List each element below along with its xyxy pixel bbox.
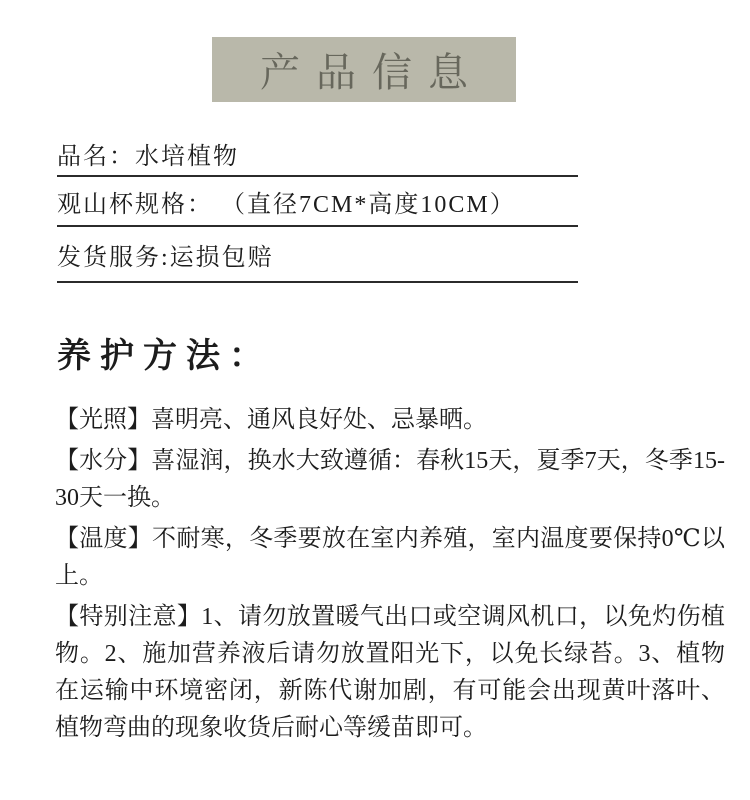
care-paragraph-water: 【水分】喜湿润，换水大致遵循：春秋15天，夏季7天，冬季15-30天一换。 (55, 443, 725, 517)
spec-row-product-name-text: 品名：水培植物 (57, 136, 239, 171)
product-info-title-box: 产品信息 (212, 37, 516, 102)
spec-row-shipping-service-text: 发货服务:运损包赔 (57, 237, 274, 272)
care-instructions: 【光照】喜明亮、通风良好处、忌暴晒。 【水分】喜湿润，换水大致遵循：春秋15天，… (55, 402, 725, 751)
spec-row-product-name: 品名：水培植物 (57, 131, 578, 177)
product-info-page: 产品信息 品名：水培植物 观山杯规格： （直径7CM*高度10CM） 发货服务:… (0, 0, 750, 800)
product-info-title: 产品信息 (244, 41, 484, 98)
spec-row-cup-size-text: 观山杯规格： （直径7CM*高度10CM） (57, 184, 516, 219)
spec-row-cup-size: 观山杯规格： （直径7CM*高度10CM） (57, 177, 578, 227)
spec-list: 品名：水培植物 观山杯规格： （直径7CM*高度10CM） 发货服务:运损包赔 (57, 131, 578, 283)
care-method-heading: 养护方法： (57, 328, 272, 377)
care-paragraph-light: 【光照】喜明亮、通风良好处、忌暴晒。 (55, 402, 725, 439)
care-paragraph-special-note: 【特别注意】1、请勿放置暖气出口或空调风机口，以免灼伤植物。2、施加营养液后请勿… (55, 599, 725, 747)
spec-row-shipping-service: 发货服务:运损包赔 (57, 227, 578, 283)
care-paragraph-temperature: 【温度】不耐寒，冬季要放在室内养殖，室内温度要保持0℃以上。 (55, 521, 725, 595)
